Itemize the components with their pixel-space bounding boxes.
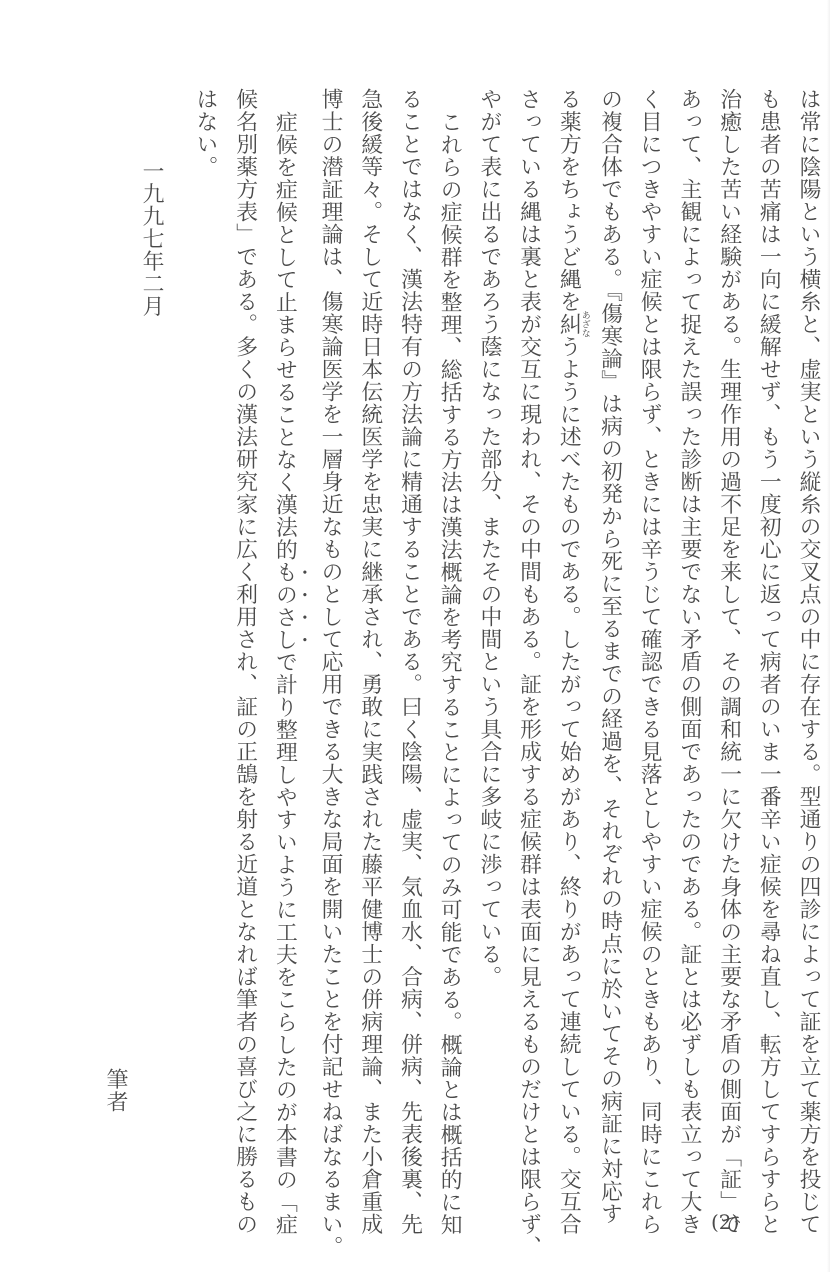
ruby-base: 糾 [556, 311, 581, 338]
preface-body: は常に陰陽という横糸と、虚実という縦糸の交叉点の中に存在する。型通りの四診によっ… [185, 88, 828, 1153]
text-column-5: く目につきやすい症候とは限らず、ときには辛うじて確認できる見落としやすい症候のと… [629, 88, 669, 1153]
text-column-4: あって、主観によって捉えた誤った診断は主要でない矛盾の側面であったのである。証と… [669, 88, 709, 1153]
text-column-3: 治癒した苦い経験がある。生理作用の過不足を来して、その調和統一に欠けた身体の主要… [709, 88, 749, 1153]
document-page: は常に陰陽という横糸と、虚実という縦糸の交叉点の中に存在する。型通りの四診によっ… [0, 0, 830, 1272]
text-column-16: はない。 [185, 88, 225, 1153]
text-column-12: 急後緩等々。そして近時日本伝統医学を忠実に継承され、勇敢に実践された藤平健博士の… [350, 88, 390, 1153]
text-column-11: ることではなく、漢法特有の方法論に精通することである。曰く陰陽、虚実、気血水、合… [390, 88, 430, 1153]
emphasis-dots-text: ものさし [272, 561, 297, 651]
text-column-2: も患者の苦痛は一向に緩解せず、もう一度初心に返って病者のいま一番辛い症候を尋ね直… [749, 88, 789, 1153]
text-column-1: は常に陰陽という横糸と、虚実という縦糸の交叉点の中に存在する。型通りの四診によっ… [788, 88, 828, 1153]
text-column-6: の複合体でもある。『傷寒論』は病の初発から死に至るまでの経過を、それぞれの時点に… [590, 88, 630, 1153]
text-segment: 症候を症候として止まらせることなく漢法的 [272, 111, 297, 561]
text-column-8: さっている縄は裏と表が交互に現われ、その中間もある。証を形成する症候群は表面に見… [509, 88, 549, 1153]
preface-date: 一九九七年二月 [139, 160, 163, 318]
text-column-15: 候名別薬方表」である。多くの漢法研究家に広く利用され、証の正鵠を射る近道となれば… [225, 88, 265, 1153]
text-column-10-paragraph-start: これらの症候群を整理、総括する方法は漢法概論を考究することによってのみ可能である… [429, 88, 469, 1153]
ruby-annotation: 糾あざな [556, 313, 581, 336]
text-segment: うように述べたものである。したがって始めがあり、終りがあって連続している。交互合 [556, 336, 581, 1236]
preface-author: 筆者 [103, 1068, 127, 1113]
text-column-13: 博士の潜証理論は、傷寒論医学を一層身近なものとして応用できる大きな局面を開いたこ… [310, 88, 350, 1153]
text-segment: る薬方をちょうど縄を [556, 88, 581, 313]
text-column-9: やがて表に出るであろう蔭になった部分、またその中間という具合に多岐に渉っている。 [469, 88, 509, 1153]
text-column-14-paragraph-start: 症候を症候として止まらせることなく漢法的ものさしで計り整理しやすいように工夫をこ… [265, 88, 311, 1153]
ruby-reading: あざな [580, 311, 590, 338]
text-column-7: る薬方をちょうど縄を糾あざなうように述べたものである。したがって始めがあり、終り… [549, 88, 590, 1153]
text-segment: で計り整理しやすいように工夫をこらしたのが本書の「症 [272, 651, 297, 1236]
page-number: (2) [711, 1210, 739, 1234]
